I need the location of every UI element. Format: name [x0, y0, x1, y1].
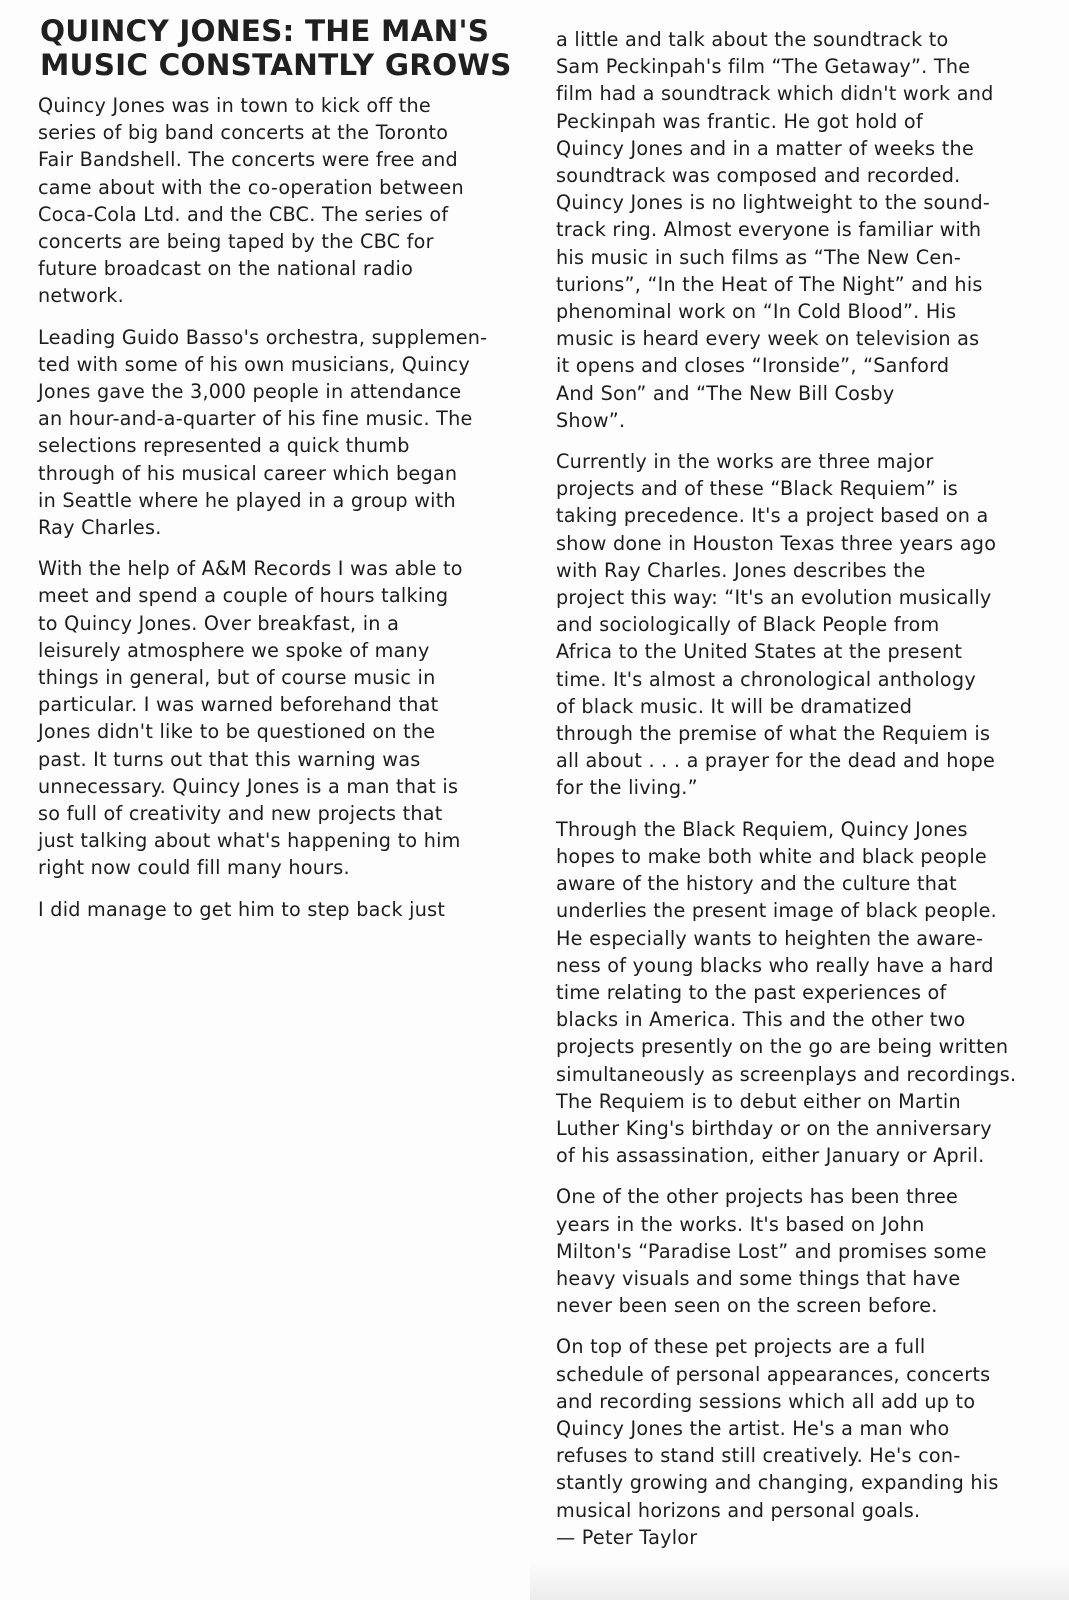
- right-column: a little and talk about the soundtrack t…: [556, 26, 1066, 1551]
- left-column: QUINCY JONES: THE MAN'S MUSIC CONSTANTLY…: [38, 0, 528, 937]
- paragraph-paradise-lost: One of the other projects has been three…: [556, 1183, 1066, 1319]
- paragraph-intro: Quincy Jones was in town to kick off the…: [38, 92, 528, 310]
- paragraph-awareness: Through the Black Requiem, Quincy Jones …: [556, 816, 1066, 1170]
- article-page: QUINCY JONES: THE MAN'S MUSIC CONSTANTLY…: [0, 0, 1069, 1600]
- paragraph-interview: With the help of A&M Records I was able …: [38, 555, 528, 881]
- paragraph-black-requiem: Currently in the works are three major p…: [556, 448, 1066, 802]
- headline-line-1: QUINCY JONES: THE MAN'S: [40, 14, 489, 48]
- paragraph-concert: Leading Guido Basso's orchestra, supplem…: [38, 324, 528, 542]
- paragraph-closing: On top of these pet projects are a full …: [556, 1333, 1066, 1523]
- page-bottom-shadow: [530, 1560, 1069, 1600]
- paragraph-soundtrack: a little and talk about the soundtrack t…: [556, 26, 1066, 434]
- headline-line-2: MUSIC CONSTANTLY GROWS: [40, 48, 512, 82]
- author-byline: — Peter Taylor: [556, 1524, 1066, 1551]
- article-headline: QUINCY JONES: THE MAN'S MUSIC CONSTANTLY…: [40, 14, 528, 82]
- paragraph-continuation-start: I did manage to get him to step back jus…: [38, 896, 528, 923]
